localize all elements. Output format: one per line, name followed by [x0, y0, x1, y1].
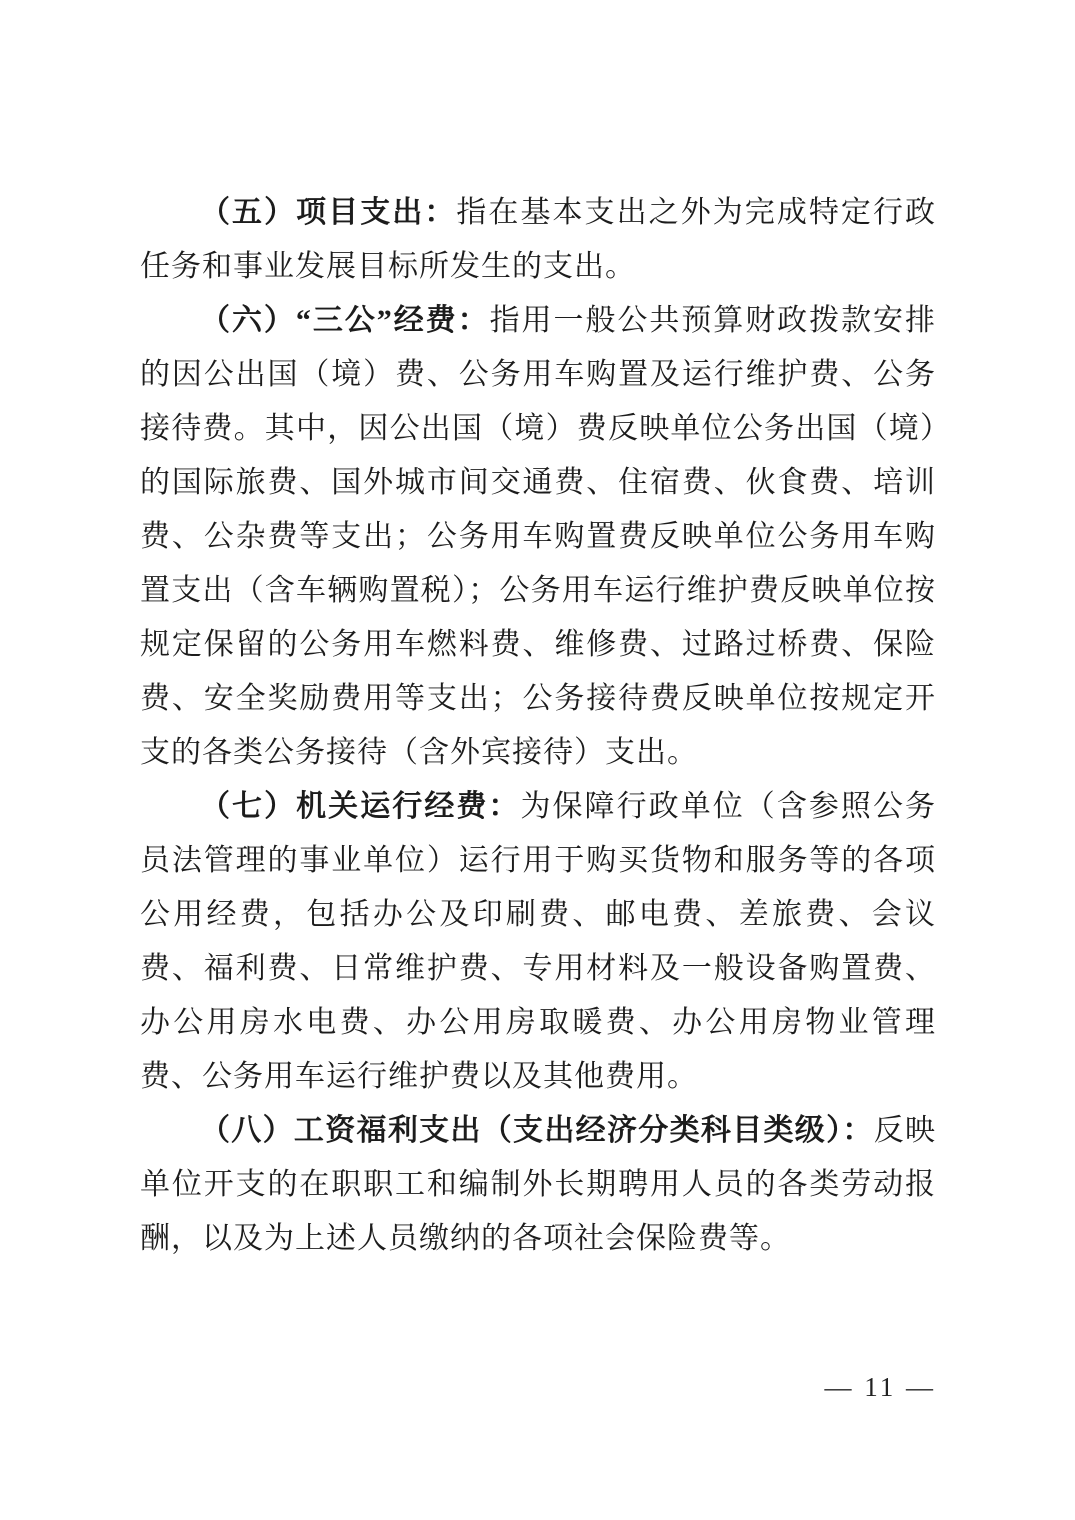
paragraph-text: 指用一般公共预算财政拨款安排的因公出国（境）费、公务用车购置及运行维护费、公务接…	[140, 304, 936, 769]
paragraph-text: 为保障行政单位（含参照公务员法管理的事业单位）运行用于购买货物和服务等的各项公用…	[140, 790, 936, 1093]
paragraph-term: （五）项目支出：	[200, 196, 456, 229]
document-page: （五）项目支出：指在基本支出之外为完成特定行政任务和事业发展目标所发生的支出。 …	[0, 0, 1075, 1520]
paragraph-item-6-three-public-funds: （六）“三公”经费：指用一般公共预算财政拨款安排的因公出国（境）费、公务用车购置…	[140, 294, 936, 780]
paragraph-item-5-project-expenditure: （五）项目支出：指在基本支出之外为完成特定行政任务和事业发展目标所发生的支出。	[140, 186, 936, 294]
paragraph-term: （七）机关运行经费：	[200, 790, 520, 823]
paragraph-item-7-agency-operating-funds: （七）机关运行经费：为保障行政单位（含参照公务员法管理的事业单位）运行用于购买货…	[140, 780, 936, 1104]
paragraph-term: （六）“三公”经费：	[200, 304, 490, 337]
paragraph-term: （八）工资福利支出（支出经济分类科目类级）：	[200, 1114, 874, 1147]
document-body: （五）项目支出：指在基本支出之外为完成特定行政任务和事业发展目标所发生的支出。 …	[140, 186, 936, 1266]
page-number: — 11 —	[825, 1372, 937, 1402]
paragraph-item-8-wage-welfare-expenditure: （八）工资福利支出（支出经济分类科目类级）：反映单位开支的在职职工和编制外长期聘…	[140, 1104, 936, 1266]
